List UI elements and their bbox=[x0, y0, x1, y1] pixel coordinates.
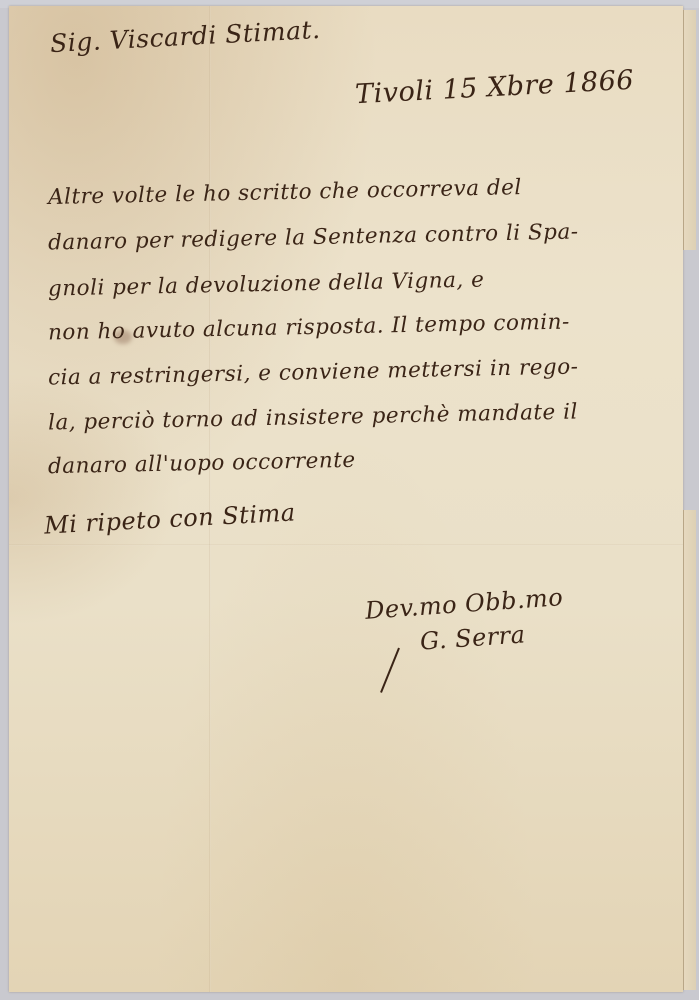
letter-sheet bbox=[9, 6, 683, 992]
paper-fold-horizontal bbox=[9, 544, 683, 546]
paper-edge-bottom-right bbox=[683, 510, 696, 990]
paper-fold-vertical bbox=[209, 6, 211, 992]
paper-edge-top-right bbox=[683, 10, 696, 250]
